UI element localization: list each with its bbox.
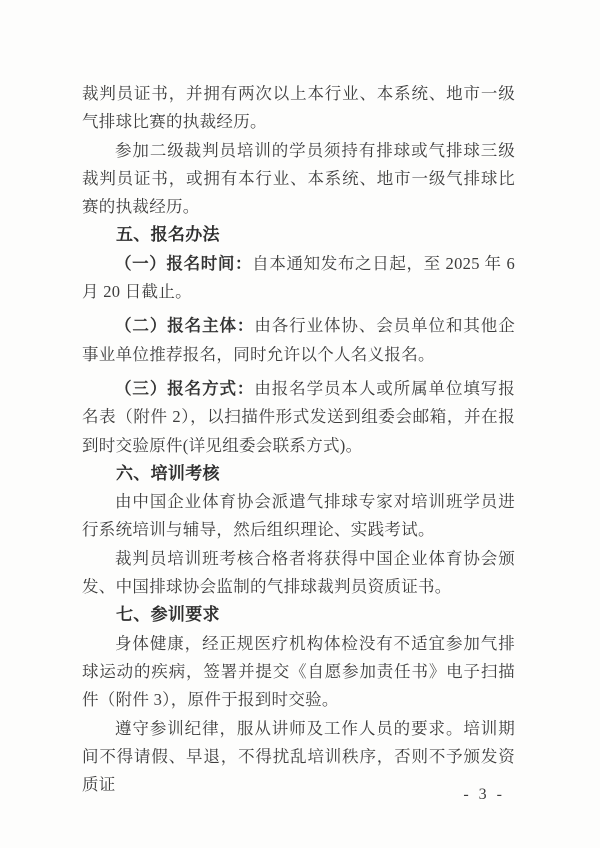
registration-time-label: （一）报名时间： [115, 254, 252, 273]
paragraph-registration-time: （一）报名时间：自本通知发布之日起，至 2025 年 6 月 20 日截止。 [82, 250, 515, 307]
page-number: - 3 - [463, 786, 505, 804]
paragraph-training-description: 由中国企业体育协会派遣气排球专家对培训班学员进行系统培训与辅导，然后组织理论、实… [82, 488, 515, 545]
registration-way-label: （三）报名方式： [115, 379, 254, 398]
paragraph-registration-subject: （二）报名主体：由各行业体协、会员单位和其他企事业单位推荐报名，同时允许以个人名… [82, 312, 515, 369]
section-heading-5-registration-method: 五、报名办法 [82, 221, 515, 249]
paragraph-eligibility-second-level: 参加二级裁判员培训的学员须持有排球或气排球三级裁判员证书，或拥有本行业、本系统、… [82, 137, 515, 222]
section-heading-6-training-assessment: 六、培训考核 [82, 460, 515, 488]
paragraph-registration-way: （三）报名方式：由报名学员本人或所属单位填写报名表（附件 2），以扫描件形式发送… [82, 375, 515, 460]
paragraph-certificate-award: 裁判员培训班考核合格者将获得中国企业体育协会颁发、中国排球协会监制的气排球裁判员… [82, 545, 515, 602]
registration-subject-label: （二）报名主体： [115, 316, 254, 335]
document-page: 裁判员证书，并拥有两次以上本行业、本系统、地市一级气排球比赛的执裁经历。 参加二… [0, 0, 600, 848]
paragraph-discipline-requirement: 遵守参训纪律，服从讲师及工作人员的要求。培训期间不得请假、早退，不得扰乱培训秩序… [82, 715, 515, 800]
paragraph-health-requirement: 身体健康，经正规医疗机构体检没有不适宜参加气排球运动的疾病，签署并提交《自愿参加… [82, 630, 515, 715]
document-body: 裁判员证书，并拥有两次以上本行业、本系统、地市一级气排球比赛的执裁经历。 参加二… [82, 80, 515, 799]
section-heading-7-participation-requirements: 七、参训要求 [82, 601, 515, 629]
paragraph-eligibility-first-continued: 裁判员证书，并拥有两次以上本行业、本系统、地市一级气排球比赛的执裁经历。 [82, 80, 515, 137]
